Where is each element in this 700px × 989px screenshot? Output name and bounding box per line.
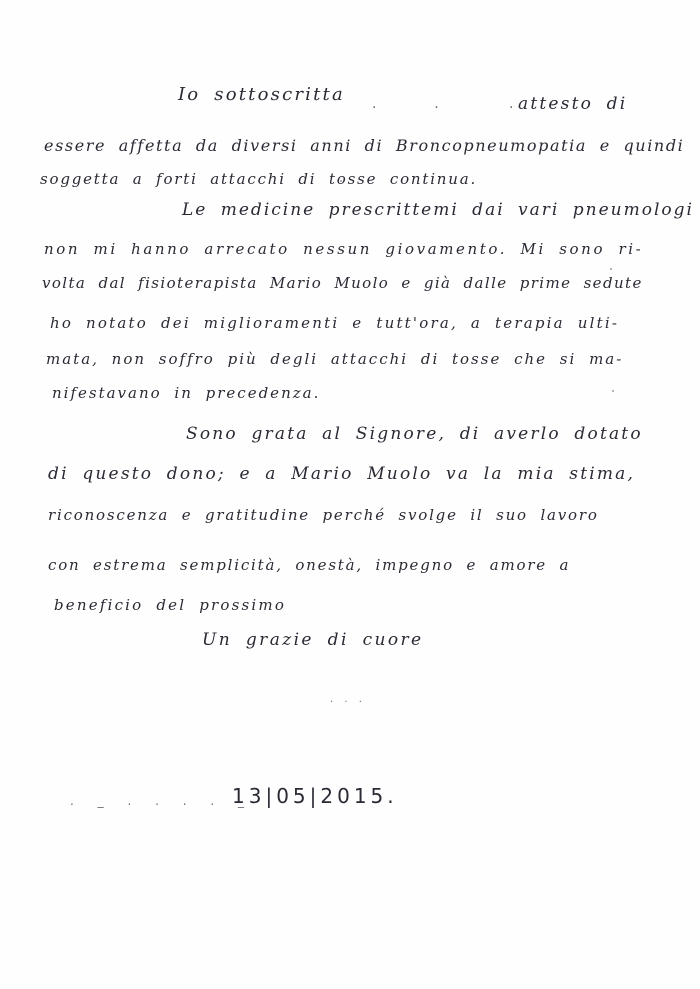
letter-line-8: mata, non soffro più degli attacchi di t… — [46, 350, 623, 368]
redacted-place: . _ . . . . _ — [70, 794, 254, 808]
letter-line-10: Sono grata al Signore, di averlo dotato — [186, 424, 643, 444]
letter-line-2: essere affetta da diversi anni di Bronco… — [44, 136, 684, 155]
redacted-signature: . . . — [330, 694, 366, 705]
letter-line-4: Le medicine prescrittemi dai vari pneumo… — [182, 200, 694, 220]
letter-line-1b: attesto di — [518, 94, 627, 114]
letter-line-12: riconoscenza e gratitudine perché svolge… — [48, 506, 599, 524]
scan-speck — [612, 390, 614, 392]
scan-speck — [610, 268, 612, 270]
scan-speck — [340, 180, 342, 182]
letter-line-7: ho notato dei miglioramenti e tutt'ora, … — [50, 314, 619, 332]
redacted-name-dots: . . . — [372, 96, 521, 112]
letter-date: 13|05|2015. — [232, 784, 398, 808]
letter-line-5: non mi hanno arrecato nessun giovamento.… — [44, 240, 643, 258]
letter-line-14: beneficio del prossimo — [54, 596, 286, 614]
letter-line-6: volta dal fisioterapista Mario Muolo e g… — [42, 274, 643, 292]
scanned-letter-page: Io sottoscritta . . . attesto di essere … — [0, 0, 700, 989]
letter-line-15-closing: Un grazie di cuore — [202, 630, 424, 650]
letter-line-11: di questo dono; e a Mario Muolo va la mi… — [48, 464, 635, 484]
letter-line-3: soggetta a forti attacchi di tosse conti… — [40, 170, 477, 188]
letter-line-1: Io sottoscritta — [178, 84, 345, 105]
letter-line-13: con estrema semplicità, onestà, impegno … — [48, 556, 570, 574]
letter-line-9: nifestavano in precedenza. — [52, 384, 320, 402]
